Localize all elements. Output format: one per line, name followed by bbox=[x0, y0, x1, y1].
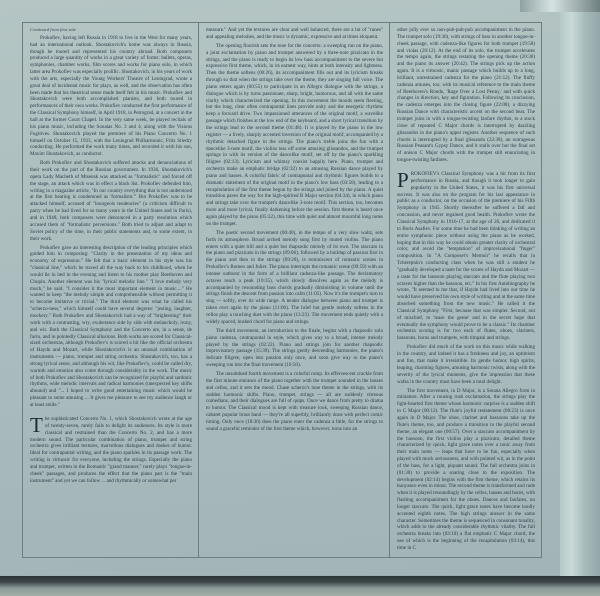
paragraph: The poetic second movement (00:40), in t… bbox=[206, 230, 383, 326]
paragraph: Prokofiev, having left Russia in 1918 to… bbox=[30, 35, 192, 158]
paragraph: Prokofiev did much of the work on this m… bbox=[397, 344, 535, 385]
paragraph: The first movement, in D Major, is a Son… bbox=[397, 388, 535, 552]
table-edge bbox=[0, 576, 600, 596]
paragraph: Prokofiev gave an interesting descriptio… bbox=[30, 245, 192, 409]
paragraph: Both Prokofiev and Shostakovich suffered… bbox=[30, 160, 192, 242]
paragraph: The unsubdued fourth movement is a color… bbox=[206, 371, 383, 433]
text-column-3: other jolly ever so non-pub-pub-pub acco… bbox=[390, 22, 542, 558]
paragraph-with-dropcap: The sophisticated Concerto No. 1, which … bbox=[30, 416, 192, 484]
continued-caption: Continued from first side bbox=[30, 27, 192, 34]
paragraph: other jolly ever so non-pub-pub-pub acco… bbox=[397, 27, 535, 164]
sleeve-corner-highlight bbox=[520, 0, 600, 12]
dropcap: P bbox=[397, 172, 409, 189]
record-sleeve-edge bbox=[560, 0, 600, 596]
paragraph: The opening flourish sets the tone for t… bbox=[206, 43, 383, 228]
paragraph-with-dropcap: PROKOFIEV's Classical Symphony was a hit… bbox=[397, 171, 535, 342]
paragraph-text: ROKOFIEV's Classical Symphony was a hit … bbox=[397, 171, 535, 341]
paragraph: measure." And yet the textures are clear… bbox=[206, 27, 383, 41]
paragraph: The third movement, an introduction to t… bbox=[206, 328, 383, 369]
paragraph-text: he sophisticated Concerto No. 1, which S… bbox=[30, 416, 192, 484]
dropcap: T bbox=[30, 417, 43, 434]
text-column-1: Continued from first side Prokofiev, hav… bbox=[22, 22, 198, 558]
text-column-2: measure." And yet the textures are clear… bbox=[198, 22, 390, 558]
